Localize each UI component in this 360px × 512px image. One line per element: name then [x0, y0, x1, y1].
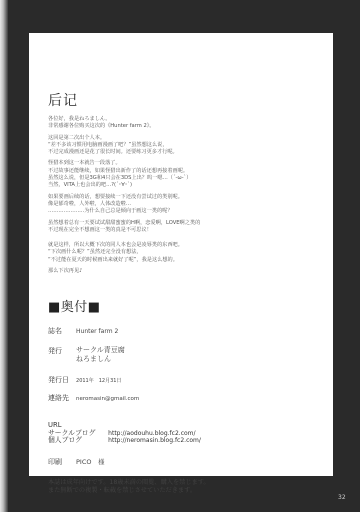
text-line: 怪猎本到这一本就告一段落了。: [48, 160, 328, 167]
personal-blog-link[interactable]: http://neromasin.blog.fc2.com/: [108, 437, 201, 444]
afterword-paragraph: 怪猎本到这一本就告一段落了。 不过故事还能继续，如果怪猎出新作了的话还想再接着画…: [48, 160, 328, 189]
url-label: 個人ブログ: [48, 437, 106, 445]
afterword-paragraph: 就是这样，所以大概下次的同人本也会是凌辱类的东西吧。 “下次画什么呢？”虽然还完…: [48, 242, 328, 264]
circle-blog-link[interactable]: http://aodouhu.blog.fc2.com/: [108, 430, 195, 437]
row-label: 印刷: [48, 457, 74, 467]
text-line: …………………为什么自己总是倾向于画这一类的呢？: [48, 208, 328, 215]
row-label: 発行: [48, 346, 74, 356]
circle-name: サークル青豆腐: [76, 346, 125, 355]
document-page: 后记 各位好，我是ねろましん。 非常感谢各位购买这次的《Hunter farm …: [29, 33, 333, 476]
afterword-paragraph: 各位好，我是ねろましん。 非常感谢各位购买这次的《Hunter farm 2》。: [48, 116, 328, 131]
colophon-row-date: 発行日 2011年 12月31日: [48, 375, 121, 385]
text-line: 非常感谢各位购买这次的《Hunter farm 2》。: [48, 123, 328, 130]
afterword-paragraph: 那么下次再见♪: [48, 268, 328, 275]
afterword-heading: 后记: [48, 90, 78, 110]
text-line: 如果要画后续的话，想要接续一下还没有尝试过的类别呢。: [48, 194, 328, 201]
colophon-heading: ■奥付■: [48, 296, 101, 315]
row-label: 誌名: [48, 326, 74, 336]
afterword-body: 各位好，我是ねろましん。 非常感谢各位购买这次的《Hunter farm 2》。…: [48, 116, 328, 279]
colophon-row-contact: 連絡先 neromasin@gmail.com: [48, 393, 139, 403]
scan-edge: [0, 0, 8, 512]
text-line: 虽然想着总有一天要试试甜甜蜜蜜的H啊，恋爱啊，LOVE啊之类的: [48, 220, 328, 227]
text-line: 不过完成漫画还是花了很长时间。还要练习更多才行呢。: [48, 149, 328, 156]
colophon-row-publisher: 発行 サークル青豆腐 ねろましん: [48, 346, 125, 364]
legal-notice: 本誌は成年向けです。18歳未満の閲覧、購入を禁じます。 また無断での複製・転載を…: [48, 479, 210, 495]
author-name: ねろましん: [76, 355, 125, 364]
text-line: “不过能在夏天的时候画出来就好了呢”，我是这么想的。: [48, 257, 328, 264]
url-block: URL サークルブログ http://aodouhu.blog.fc2.com/…: [48, 422, 201, 445]
url-row: 個人ブログ http://neromasin.blog.fc2.com/: [48, 437, 201, 445]
row-value: 2011年 12月31日: [76, 378, 121, 384]
row-value: Hunter farm 2: [76, 328, 118, 335]
text-line: 那么下次再见♪: [48, 268, 328, 275]
page-number: 32: [338, 494, 346, 501]
notice-line: また無断での複製・転載を禁じさせていただきます。: [48, 487, 210, 495]
text-line: 不过现在完全不想画这一类的真是不可思议！: [48, 227, 328, 234]
text-line: 这回是第二次出个人本。: [48, 135, 328, 142]
text-line: 不过故事还能继续，如果怪猎出新作了的话还想再接着画呢。: [48, 168, 328, 175]
afterword-paragraph: 虽然想着总有一天要试试甜甜蜜蜜的H啊，恋爱啊，LOVE啊之类的 不过现在完全不想…: [48, 220, 328, 235]
row-value: サークル青豆腐 ねろましん: [76, 346, 125, 364]
text-line: 当然，VITA上也会出的吧…?(´･∀･`): [48, 182, 328, 189]
row-label: 連絡先: [48, 393, 74, 403]
contact-email: neromasin@gmail.com: [76, 396, 139, 402]
colophon-row-title: 誌名 Hunter farm 2: [48, 326, 118, 336]
afterword-paragraph: 如果要画后续的话，想要接续一下还没有尝试过的类别呢。 像是郁奇啦，人外啦，人体改…: [48, 194, 328, 216]
afterword-paragraph: 这回是第二次出个人本。 “差不多该习惯用电脑画漫画了吧？”虽然想这么说， 不过完…: [48, 135, 328, 157]
colophon-row-printer: 印刷 PICO 様: [48, 457, 105, 467]
text-line: “下次画什么呢？”虽然还完全没有想法，: [48, 249, 328, 256]
notice-line: 本誌は成年向けです。18歳未満の閲覧、購入を禁じます。: [48, 479, 210, 487]
row-value: PICO 様: [76, 458, 105, 466]
row-label: 発行日: [48, 375, 74, 385]
